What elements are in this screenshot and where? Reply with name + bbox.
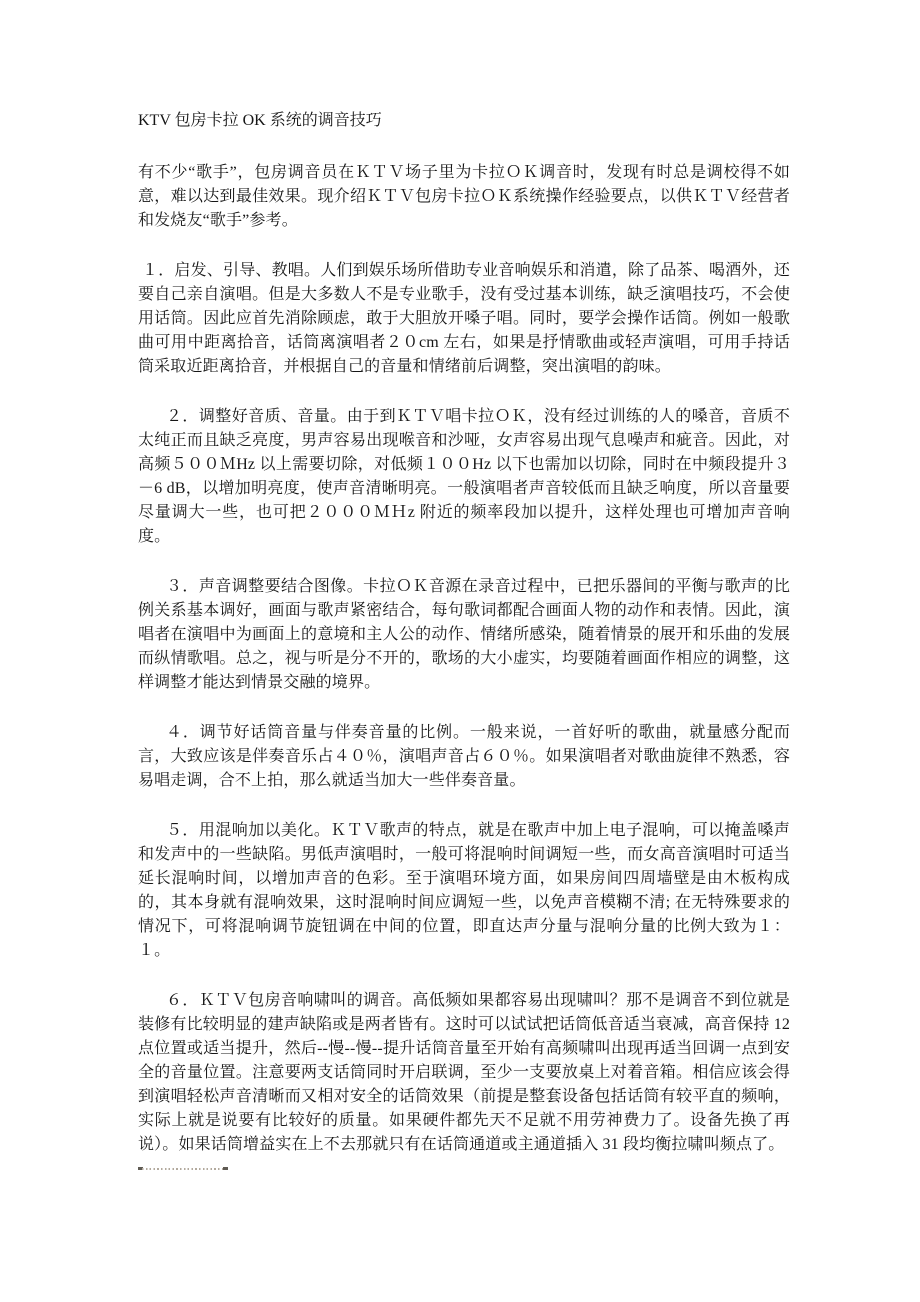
paragraph-1-coaching: １．启发、引导、教唱。人们到娱乐场所借助专业音响娱乐和消遣，除了品茶、喝酒外，还… — [138, 259, 790, 379]
document-title: KTV 包房卡拉 OK 系统的调音技巧 — [138, 109, 790, 133]
paragraph-6-feedback-tuning: ６．ＫＴＶ包房音响啸叫的调音。高低频如果都容易出现啸叫？那不是调音不到位就是装修… — [138, 989, 790, 1157]
paragraph-2-tone-volume: ２．调整好音质、音量。由于到ＫＴＶ唱卡拉ＯＫ，没有经过训练的人的嗓音，音质不太纯… — [138, 405, 790, 549]
footnote-divider — [138, 1167, 228, 1171]
footnote-divider-dots — [142, 1168, 224, 1170]
paragraph-5-reverb: ５．用混响加以美化。ＫＴＶ歌声的特点，就是在歌声中加上电子混响，可以掩盖嗓声和发… — [138, 819, 790, 963]
paragraph-4-mic-accompaniment-ratio: ４．调节好话筒音量与伴奏音量的比例。一般来说，一首好听的歌曲，就量感分配而言，大… — [138, 721, 790, 793]
document-page: KTV 包房卡拉 OK 系统的调音技巧 有不少“歌手”，包房调音员在ＫＴＶ场子里… — [0, 0, 920, 1302]
paragraph-3-image-sync: ３．声音调整要结合图像。卡拉ＯＫ音源在录音过程中，已把乐器间的平衡与歌声的比例关… — [138, 575, 790, 695]
paragraph-intro: 有不少“歌手”，包房调音员在ＫＴＶ场子里为卡拉ＯＫ调音时，发现有时总是调校得不如… — [138, 161, 790, 233]
document-content: KTV 包房卡拉 OK 系统的调音技巧 有不少“歌手”，包房调音员在ＫＴＶ场子里… — [138, 109, 790, 1157]
